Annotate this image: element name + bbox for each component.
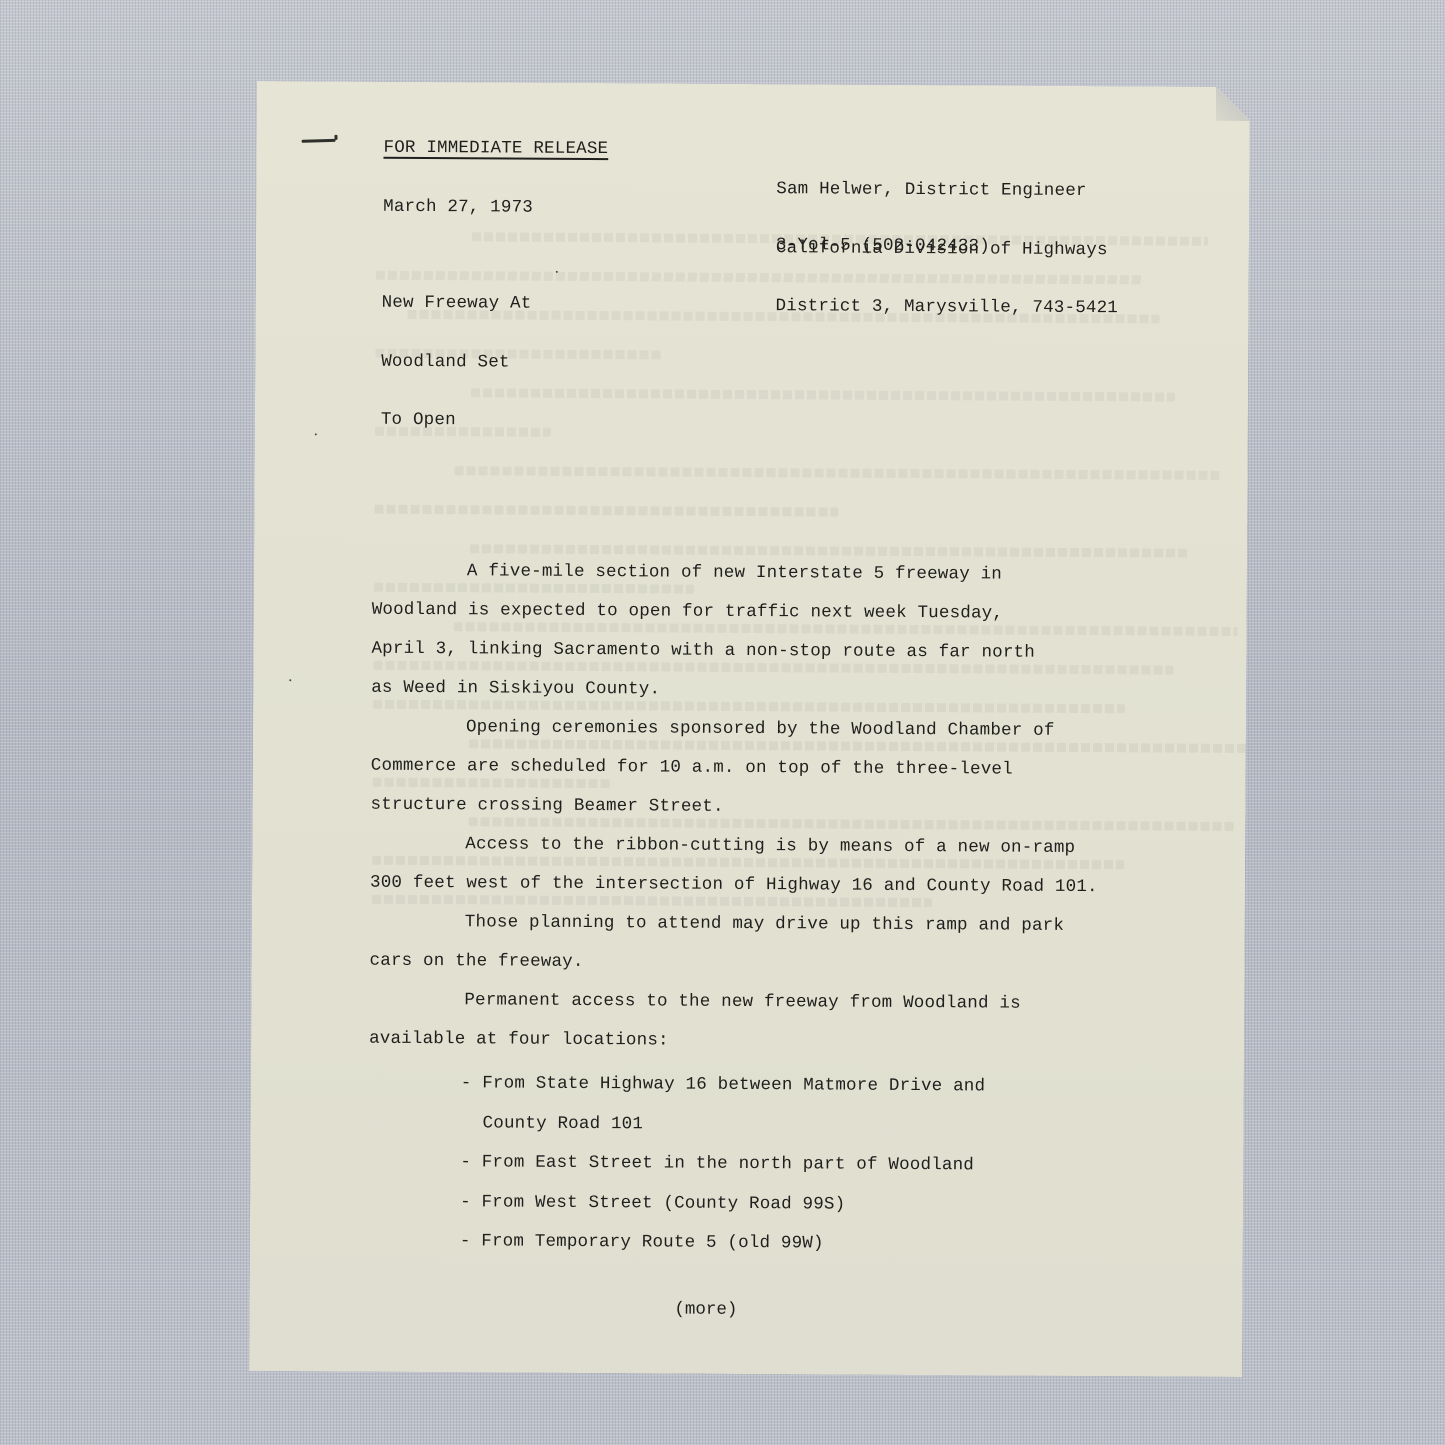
body-line: A five-mile section of new Interstate 5 … — [372, 561, 1192, 605]
body-line: Those planning to attend may drive up th… — [370, 912, 1190, 956]
body-line: Woodland is expected to open for traffic… — [372, 600, 1192, 644]
list-item-line: - From West Street (County Road 99S) — [460, 1192, 985, 1235]
list-item-line: - From State Highway 16 between Matmore … — [461, 1073, 986, 1116]
reference-number: 3-Yol-5 (502-042433) — [776, 236, 990, 257]
headline-line: Woodland Set — [381, 352, 531, 372]
release-label: FOR IMMEDIATE RELEASE — [383, 139, 608, 160]
body-line: cars on the freeway. — [369, 951, 1189, 995]
paper-speck — [315, 433, 317, 435]
body-line: available at four locations: — [369, 1029, 1189, 1073]
folded-corner — [1216, 87, 1250, 121]
paper-speck — [289, 679, 291, 681]
list-item: - From East Street in the north part of … — [460, 1152, 985, 1195]
list-item: - From West Street (County Road 99S) — [460, 1192, 985, 1235]
body-line: Access to the ribbon-cutting is by means… — [370, 834, 1190, 878]
headline-line: To Open — [381, 411, 531, 431]
headline: New Freeway At Woodland Set To Open — [381, 255, 532, 470]
body-text: A five-mile section of new Interstate 5 … — [369, 561, 1192, 1073]
paper-speck — [556, 271, 558, 273]
body-line: 300 feet west of the intersection of Hig… — [370, 873, 1190, 917]
body-line: as Weed in Siskiyou County. — [371, 678, 1191, 722]
list-item-line: - From East Street in the north part of … — [460, 1152, 985, 1195]
access-locations-list: - From State Highway 16 between Matmore … — [460, 1073, 986, 1274]
list-item-line: County Road 101 — [460, 1113, 985, 1156]
sender-line: District 3, Marysville, 743-5421 — [776, 297, 1119, 319]
release-date: March 27, 1973 — [383, 198, 533, 218]
sender-line: Sam Helwer, District Engineer — [776, 180, 1119, 202]
body-line: April 3, linking Sacramento with a non-s… — [371, 639, 1191, 683]
list-item: - From Temporary Route 5 (old 99W) — [460, 1231, 985, 1274]
body-line: Opening ceremonies sponsored by the Wood… — [371, 717, 1191, 761]
pen-mark — [302, 139, 336, 143]
list-item: - From State Highway 16 between Matmore … — [460, 1073, 985, 1155]
body-line: structure crossing Beamer Street. — [370, 795, 1190, 839]
list-item-line: - From Temporary Route 5 (old 99W) — [460, 1231, 985, 1274]
body-line: Permanent access to the new freeway from… — [369, 990, 1189, 1034]
continuation-marker: (more) — [674, 1300, 737, 1320]
headline-line: New Freeway At — [382, 294, 532, 314]
press-release-page: FOR IMMEDIATE RELEASE Sam Helwer, Distri… — [249, 81, 1250, 1377]
body-line: Commerce are scheduled for 10 a.m. on to… — [371, 756, 1191, 800]
